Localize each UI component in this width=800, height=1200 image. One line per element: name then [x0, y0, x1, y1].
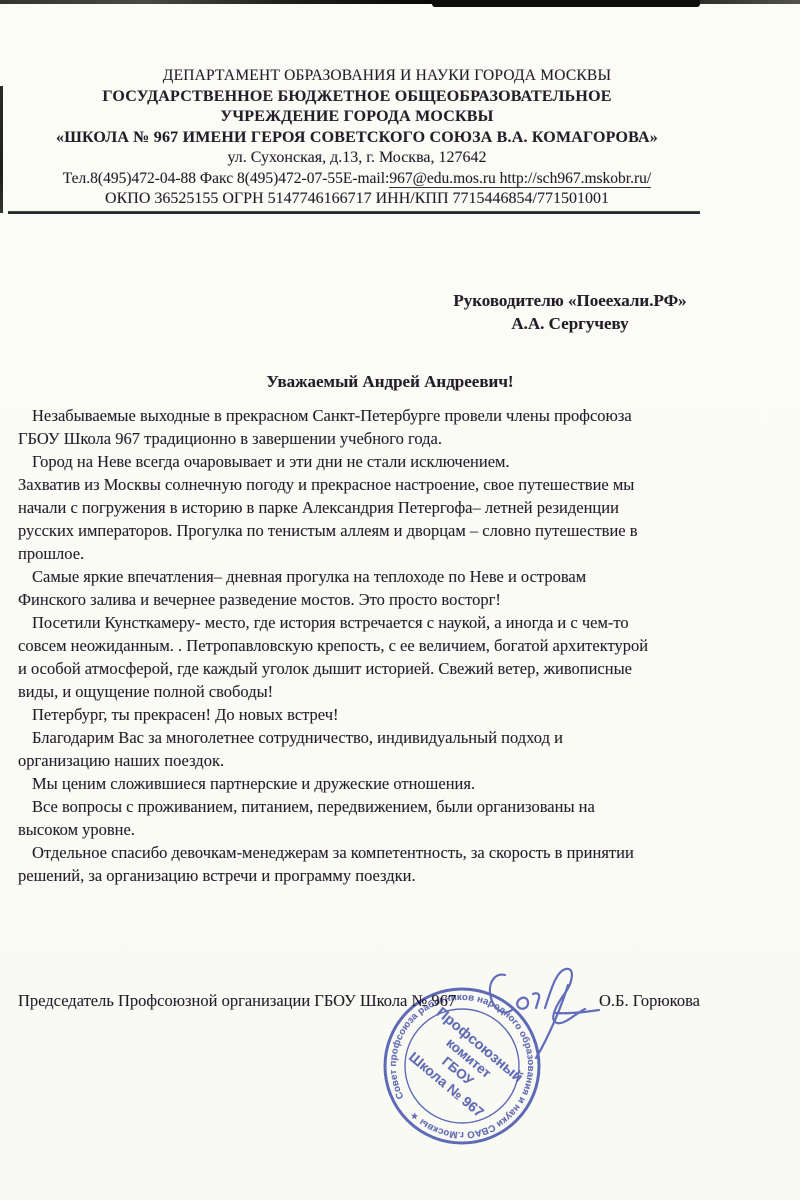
body-line: организацию наших поездок. — [18, 749, 774, 772]
requisites-line: ОКПО 36525155 ОГРН 5147746166717 ИНН/КПП… — [0, 189, 714, 210]
body-line: высоком уровне. — [18, 818, 774, 841]
scanned-letter-page: ДЕПАРТАМЕНТ ОБРАЗОВАНИЯ И НАУКИ ГОРОДА М… — [0, 0, 800, 1200]
body-line: решений, за организацию встречи и програ… — [18, 864, 774, 887]
letterhead: ДЕПАРТАМЕНТ ОБРАЗОВАНИЯ И НАУКИ ГОРОДА М… — [0, 66, 714, 210]
organization-line-2: УЧРЕЖДЕНИЕ ГОРОДА МОСКВЫ — [0, 107, 714, 128]
phone-fax-text: Тел.8(495)472-04-88 Факс 8(495)472-07-55… — [63, 170, 390, 187]
body-line: Город на Неве всегда очаровывает и эти д… — [18, 450, 774, 473]
letterhead-separator-rule — [8, 211, 700, 214]
department-line: ДЕПАРТАМЕНТ ОБРАЗОВАНИЯ И НАУКИ ГОРОДА М… — [30, 66, 744, 87]
body-line: ГБОУ Школа 967 традиционно в завершении … — [18, 427, 774, 450]
stamp-center-text: Профсоюзный комитет ГБОУ Школа № 967 — [400, 1005, 525, 1125]
union-stamp: Совет профсоюза работников народного обр… — [330, 930, 610, 1200]
body-line: Незабываемые выходные в прекрасном Санкт… — [18, 404, 774, 427]
body-line: Отдельное спасибо девочкам-менеджерам за… — [18, 841, 774, 864]
body-line: русских императоров. Прогулка по тенисты… — [18, 519, 774, 542]
handwritten-signature — [490, 969, 599, 1058]
body-line: Благодарим Вас за многолетнее сотрудниче… — [18, 726, 774, 749]
body-line: Петербург, ты прекрасен! До новых встреч… — [18, 703, 774, 726]
body-line: Посетили Кунсткамеру- место, где история… — [18, 611, 774, 634]
address-line: ул. Сухонская, д.13, г. Москва, 127642 — [0, 148, 714, 169]
letter-body: Незабываемые выходные в прекрасном Санкт… — [18, 404, 774, 887]
school-name-line: «ШКОЛА № 967 ИМЕНИ ГЕРОЯ СОВЕТСКОГО СОЮЗ… — [0, 128, 714, 149]
body-line: начали с погружения в историю в парке Ал… — [18, 496, 774, 519]
body-line: Все вопросы с проживанием, питанием, пер… — [18, 795, 774, 818]
body-line: Захватив из Москвы солнечную погоду и пр… — [18, 473, 774, 496]
signer-name: О.Б. Горюкова — [599, 991, 700, 1011]
scan-edge-artifact-blob — [432, 0, 700, 7]
body-line: Самые яркие впечатления– дневная прогулк… — [18, 565, 774, 588]
email-website-link-text: 967@edu.mos.ru http://sch967.mskobr.ru/ — [389, 170, 651, 188]
recipient-title: Руководителю «Поеехали.РФ» — [410, 290, 730, 313]
body-line: Финского залива и вечернее разведение мо… — [18, 588, 774, 611]
body-line: Мы ценим сложившиеся партнерские и друже… — [18, 772, 774, 795]
contacts-line: Тел.8(495)472-04-88 Факс 8(495)472-07-55… — [0, 169, 714, 190]
body-line: виды, и ощущение полной свободы! — [18, 680, 774, 703]
organization-line-1: ГОСУДАРСТВЕННОЕ БЮДЖЕТНОЕ ОБЩЕОБРАЗОВАТЕ… — [0, 87, 714, 108]
salutation: Уважаемый Андрей Андреевич! — [0, 372, 780, 392]
body-line: прошлое. — [18, 542, 774, 565]
recipient-name: А.А. Сергучеву — [410, 313, 730, 336]
recipient-block: Руководителю «Поеехали.РФ» А.А. Сергучев… — [410, 290, 730, 335]
body-line: совсем неожиданным. . Петропавловскую кр… — [18, 634, 774, 657]
body-line: и особой атмосферой, где каждый уголок д… — [18, 657, 774, 680]
